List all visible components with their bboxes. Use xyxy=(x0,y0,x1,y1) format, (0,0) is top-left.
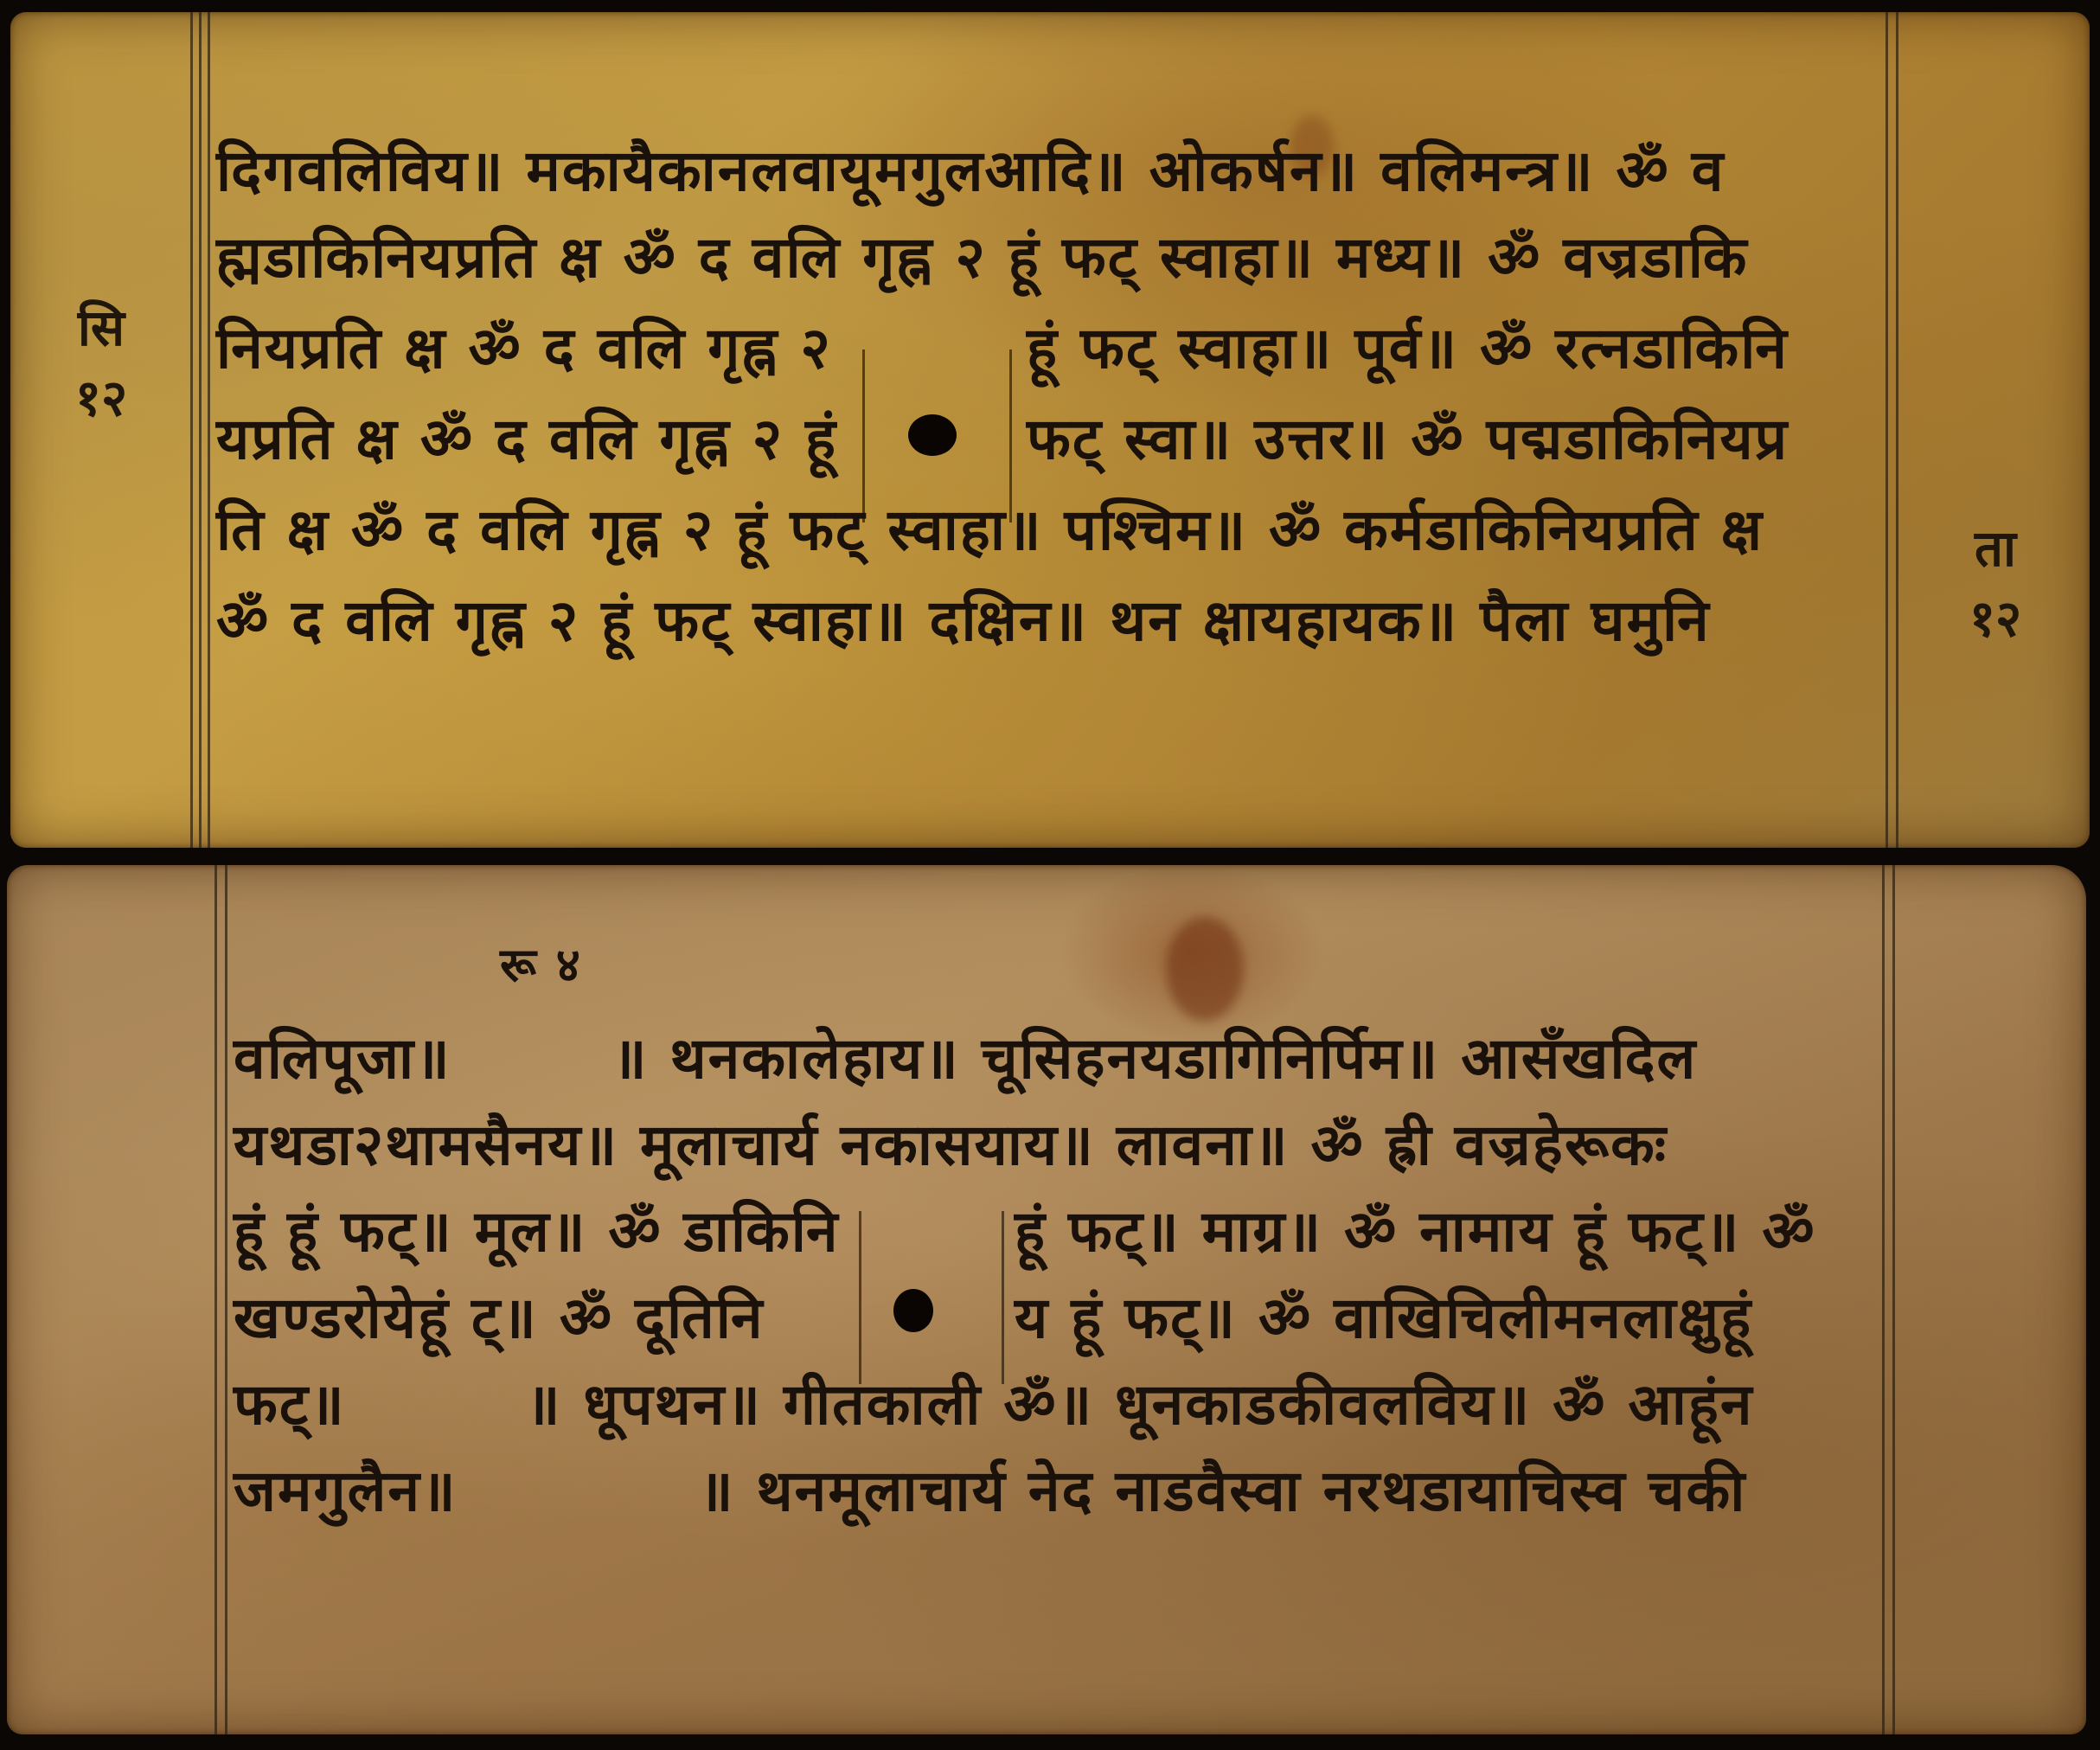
binding-hole xyxy=(893,1289,933,1332)
hole-frame-rule xyxy=(859,1211,861,1384)
left-margin-rule xyxy=(199,12,202,848)
margin-letter: ता xyxy=(1948,514,2043,584)
text-line: ॥ धूपथन॥ गीतकाली ॐ॥ धूनकाडकीवलविय॥ ॐ आहू… xyxy=(526,1375,1754,1433)
right-margin-rule xyxy=(1892,865,1895,1734)
text-line: यथडा२थामसैनय॥ मूलाचार्य नकासयाय॥ लावना॥ … xyxy=(234,1116,1668,1173)
text-line: हूं फट् स्वाहा॥ पूर्व॥ ॐ रत्नडाकिनि xyxy=(1027,319,1789,376)
margin-number: १२ xyxy=(54,363,149,433)
left-margin-rule xyxy=(214,865,217,1734)
text-line: नियप्रति क्ष ॐ द वलि गृह्न २ xyxy=(216,319,832,376)
left-margin-foliation: सि १२ xyxy=(54,293,149,433)
text-line: यप्रति क्ष ॐ द वलि गृह्न २ हूं xyxy=(216,410,837,467)
text-line: हूं हूं फट्॥ मूल॥ ॐ डाकिनि xyxy=(234,1202,840,1260)
right-margin-rule xyxy=(1896,12,1898,848)
text-line: ॐ द वलि गृह्न २ हूं फट् स्वाहा॥ दक्षिन॥ … xyxy=(216,592,1711,649)
text-line: फट्॥ xyxy=(234,1375,346,1433)
text-line: ॥ थनकालेहाय॥ चूसिहनयडागिनिर्पिम॥ आसँखदिल xyxy=(612,1029,1697,1087)
text-line: वलिपूजा॥ xyxy=(234,1029,451,1087)
ink-stain xyxy=(1166,917,1244,1021)
top-folio: सि १२ ता १२ दिगवलिविय॥ मकायैकानलवायूमगुल… xyxy=(10,12,2090,848)
binding-hole xyxy=(908,414,957,456)
text-line: दिगवलिविय॥ मकायैकानलवायूमगुलआदि॥ ओकर्षन॥… xyxy=(216,142,1725,199)
text-line: ति क्ष ॐ द वलि गृह्न २ हूं फट् स्वाहा॥ प… xyxy=(216,501,1764,558)
text-line: फट् स्वा॥ उत्तर॥ ॐ पद्मडाकिनियप्र xyxy=(1027,410,1789,467)
left-margin-rule xyxy=(190,12,193,848)
text-line: ह्मडाकिनियप्रति क्ष ॐ द वलि गृह्न २ हूं … xyxy=(216,228,1749,285)
hole-frame-rule xyxy=(1002,1211,1004,1384)
text-line: ॥ थनमूलाचार्य नेद नाडवैस्वा नरथडायाचिस्व… xyxy=(699,1462,1746,1519)
right-margin-rule xyxy=(1886,12,1888,848)
right-margin-foliation: ता १२ xyxy=(1948,514,2043,654)
margin-letter: सि xyxy=(54,293,149,363)
text-line: य हूं फट्॥ ॐ वाखिचिलीमनलाक्षुहूं xyxy=(1015,1289,1752,1346)
margin-number: १२ xyxy=(1948,584,2043,654)
text-line: हूं फट्॥ माग्र॥ ॐ नामाय हूं फट्॥ ॐ xyxy=(1015,1202,1816,1260)
text-line: खण्डरोयेहूं ट्॥ ॐ दूतिनि xyxy=(234,1289,764,1346)
left-margin-rule xyxy=(225,865,227,1734)
right-margin-rule xyxy=(1882,865,1885,1734)
folio-header-mark: रू ४ xyxy=(500,941,582,988)
bottom-folio: रू ४ वलिपूजा॥ ॥ थनकालेहाय॥ चूसिहनयडागिनि… xyxy=(7,865,2086,1734)
left-margin-rule xyxy=(208,12,210,848)
text-line: जमगुलैन॥ xyxy=(234,1462,458,1519)
